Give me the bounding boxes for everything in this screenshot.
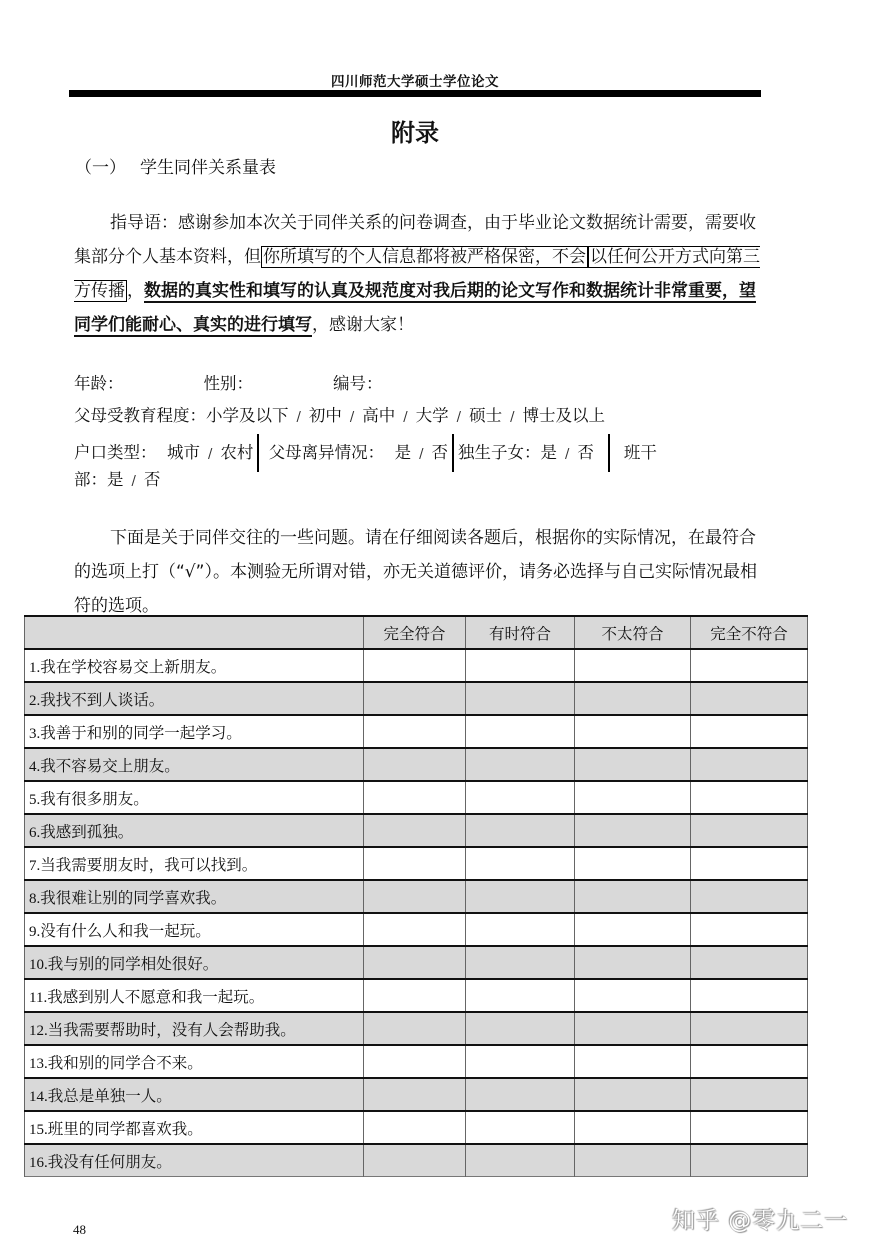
answer-cell-sometimes-agree[interactable] — [466, 847, 575, 880]
question-number: 6. — [29, 825, 40, 841]
answer-cell-fully-agree[interactable] — [364, 946, 466, 979]
only-child-label: 独生子女： — [458, 443, 541, 462]
edu-option[interactable]: 大学 — [416, 406, 449, 425]
question-cell: 9.没有什么人和我一起玩。 — [25, 913, 364, 946]
answer-cell-sometimes-agree[interactable] — [466, 1012, 575, 1045]
field-divider — [257, 434, 259, 472]
answer-cell-rarely-agree[interactable] — [575, 880, 691, 913]
question-number: 8. — [29, 891, 40, 907]
answer-cell-sometimes-agree[interactable] — [466, 946, 575, 979]
question-text: 我感到孤独。 — [40, 823, 133, 841]
question-cell: 10.我与别的同学相处很好。 — [25, 946, 364, 979]
instructions-paragraph: 下面是关于同伴交往的一些问题。请在仔细阅读各题后，根据你的实际情况，在最符合的选… — [74, 521, 764, 623]
table-row: 8.我很难让别的同学喜欢我。 — [25, 880, 808, 913]
answer-cell-fully-agree[interactable] — [364, 979, 466, 1012]
answer-cell-fully-agree[interactable] — [364, 715, 466, 748]
hukou-option[interactable]: 城市 — [167, 443, 200, 462]
question-text: 当我需要朋友时，我可以找到。 — [40, 856, 257, 874]
section-title: 学生同伴关系量表 — [140, 158, 276, 178]
answer-cell-sometimes-agree[interactable] — [466, 748, 575, 781]
question-text: 没有什么人和我一起玩。 — [40, 922, 211, 940]
answer-cell-rarely-agree[interactable] — [575, 748, 691, 781]
question-cell: 12.当我需要帮助时，没有人会帮助我。 — [25, 1012, 364, 1045]
answer-cell-fully-agree[interactable] — [364, 1144, 466, 1177]
column-header-not-agree: 完全不符合 — [691, 616, 808, 649]
question-number: 1. — [29, 660, 40, 676]
table-row: 12.当我需要帮助时，没有人会帮助我。 — [25, 1012, 808, 1045]
age-label: 年龄： — [74, 374, 124, 393]
hukou-option[interactable]: 农村 — [220, 443, 253, 462]
answer-cell-rarely-agree[interactable] — [575, 649, 691, 682]
answer-cell-fully-agree[interactable] — [364, 913, 466, 946]
edu-option[interactable]: 硕士 — [469, 406, 502, 425]
answer-cell-sometimes-agree[interactable] — [466, 979, 575, 1012]
answer-cell-not-agree[interactable] — [691, 1078, 808, 1111]
question-cell: 1.我在学校容易交上新朋友。 — [25, 649, 364, 682]
question-number: 9. — [29, 924, 40, 940]
cadre-label-cont: 部： — [74, 470, 107, 489]
page-title: 附录 — [0, 113, 830, 148]
importance-underlined: 数据的真实性和填写的认真及规范度对我后期的论文写作和数据统计非常重要，望同学们能… — [74, 281, 756, 335]
answer-cell-rarely-agree[interactable] — [575, 682, 691, 715]
question-cell: 6.我感到孤独。 — [25, 814, 364, 847]
answer-cell-fully-agree[interactable] — [364, 649, 466, 682]
answer-cell-rarely-agree[interactable] — [575, 1012, 691, 1045]
question-number: 10. — [29, 957, 48, 973]
section-number: （一） — [75, 158, 126, 178]
education-line: 父母受教育程度：小学及以下/初中/高中/大学/硕士/博士及以上 — [74, 401, 605, 431]
question-text: 我很难让别的同学喜欢我。 — [40, 889, 226, 907]
answer-cell-rarely-agree[interactable] — [575, 946, 691, 979]
column-header-fully-agree: 完全符合 — [364, 616, 466, 649]
table-row: 4.我不容易交上朋友。 — [25, 748, 808, 781]
answer-cell-not-agree[interactable] — [691, 1012, 808, 1045]
peer-relationship-scale-table: 完全符合 有时符合 不太符合 完全不符合 1.我在学校容易交上新朋友。2.我找不… — [24, 615, 808, 1177]
table-row: 13.我和别的同学合不来。 — [25, 1045, 808, 1078]
table-row: 16.我没有任何朋友。 — [25, 1144, 808, 1177]
question-number: 7. — [29, 858, 40, 874]
table-header-row: 完全符合 有时符合 不太符合 完全不符合 — [25, 616, 808, 649]
answer-cell-sometimes-agree[interactable] — [466, 814, 575, 847]
field-divider — [452, 434, 454, 472]
intro-paragraph: 指导语：感谢参加本次关于同伴关系的问卷调查，由于毕业论文数据统计需要，需要收集部… — [74, 206, 764, 342]
question-number: 12. — [29, 1023, 48, 1039]
answer-cell-rarely-agree[interactable] — [575, 781, 691, 814]
answer-cell-not-agree[interactable] — [691, 979, 808, 1012]
table-row: 9.没有什么人和我一起玩。 — [25, 913, 808, 946]
answer-cell-not-agree[interactable] — [691, 1045, 808, 1078]
question-cell: 14.我总是单独一人。 — [25, 1078, 364, 1111]
question-text: 当我需要帮助时，没有人会帮助我。 — [48, 1021, 296, 1039]
cadre-option[interactable]: 否 — [144, 470, 161, 489]
answer-cell-not-agree[interactable] — [691, 682, 808, 715]
table-row: 6.我感到孤独。 — [25, 814, 808, 847]
answer-cell-sometimes-agree[interactable] — [466, 649, 575, 682]
question-text: 我总是单独一人。 — [48, 1087, 172, 1105]
table-row: 5.我有很多朋友。 — [25, 781, 808, 814]
question-text: 我找不到人谈话。 — [40, 691, 164, 709]
cadre-label: 班干 — [624, 443, 657, 462]
confidentiality-box-1: 你所填写的个人信息都将被严格保密，不会 — [261, 246, 588, 268]
answer-cell-fully-agree[interactable] — [364, 1111, 466, 1144]
answer-cell-sometimes-agree[interactable] — [466, 1078, 575, 1111]
question-number: 5. — [29, 792, 40, 808]
answer-cell-not-agree[interactable] — [691, 649, 808, 682]
question-cell: 11.我感到别人不愿意和我一起玩。 — [25, 979, 364, 1012]
answer-cell-sometimes-agree[interactable] — [466, 1045, 575, 1078]
answer-cell-fully-agree[interactable] — [364, 1045, 466, 1078]
answer-cell-not-agree[interactable] — [691, 1144, 808, 1177]
answer-cell-fully-agree[interactable] — [364, 814, 466, 847]
question-number: 15. — [29, 1122, 48, 1138]
answer-cell-rarely-agree[interactable] — [575, 1144, 691, 1177]
answer-cell-sometimes-agree[interactable] — [466, 682, 575, 715]
answer-cell-not-agree[interactable] — [691, 847, 808, 880]
table-row: 1.我在学校容易交上新朋友。 — [25, 649, 808, 682]
answer-cell-fully-agree[interactable] — [364, 847, 466, 880]
watermark: 知乎 @零九二一 — [672, 1202, 848, 1235]
cadre-option[interactable]: 是 — [107, 470, 124, 489]
question-cell: 4.我不容易交上朋友。 — [25, 748, 364, 781]
running-header: 四川师范大学硕士学位论文 — [0, 70, 830, 90]
gender-label: 性别： — [204, 374, 254, 393]
question-cell: 16.我没有任何朋友。 — [25, 1144, 364, 1177]
answer-cell-not-agree[interactable] — [691, 715, 808, 748]
answer-cell-fully-agree[interactable] — [364, 748, 466, 781]
page-number: 48 — [73, 1222, 86, 1238]
answer-cell-sometimes-agree[interactable] — [466, 715, 575, 748]
hukou-label: 户口类型： — [74, 443, 157, 462]
comma: ， — [127, 281, 144, 301]
id-label: 编号： — [333, 374, 383, 393]
question-cell: 7.当我需要朋友时，我可以找到。 — [25, 847, 364, 880]
column-header-sometimes-agree: 有时符合 — [466, 616, 575, 649]
answer-cell-rarely-agree[interactable] — [575, 1078, 691, 1111]
answer-cell-rarely-agree[interactable] — [575, 814, 691, 847]
answer-cell-sometimes-agree[interactable] — [466, 781, 575, 814]
cadre-line: 部：是/否 — [74, 465, 160, 495]
edu-option[interactable]: 初中 — [309, 406, 342, 425]
table-row: 11.我感到别人不愿意和我一起玩。 — [25, 979, 808, 1012]
question-number: 2. — [29, 693, 40, 709]
answer-cell-not-agree[interactable] — [691, 913, 808, 946]
edu-option[interactable]: 小学及以下 — [206, 406, 289, 425]
edu-option[interactable]: 博士及以上 — [522, 406, 605, 425]
table-row: 14.我总是单独一人。 — [25, 1078, 808, 1111]
question-cell: 15.班里的同学都喜欢我。 — [25, 1111, 364, 1144]
question-cell: 8.我很难让别的同学喜欢我。 — [25, 880, 364, 913]
intro-closing: ，感谢大家！ — [312, 315, 414, 335]
answer-cell-rarely-agree[interactable] — [575, 715, 691, 748]
only-child-option[interactable]: 是 — [541, 443, 558, 462]
question-number: 13. — [29, 1056, 48, 1072]
question-number: 16. — [29, 1155, 48, 1171]
divorce-option[interactable]: 否 — [432, 443, 449, 462]
answer-cell-not-agree[interactable] — [691, 814, 808, 847]
question-number: 14. — [29, 1089, 48, 1105]
answer-cell-fully-agree[interactable] — [364, 880, 466, 913]
table-row: 3.我善于和别的同学一起学习。 — [25, 715, 808, 748]
answer-cell-fully-agree[interactable] — [364, 1078, 466, 1111]
question-cell: 3.我善于和别的同学一起学习。 — [25, 715, 364, 748]
table-row: 10.我与别的同学相处很好。 — [25, 946, 808, 979]
section-heading: （一）学生同伴关系量表 — [75, 153, 276, 178]
education-label: 父母受教育程度： — [74, 406, 206, 425]
answer-cell-rarely-agree[interactable] — [575, 913, 691, 946]
question-cell: 5.我有很多朋友。 — [25, 781, 364, 814]
answer-cell-fully-agree[interactable] — [364, 781, 466, 814]
answer-cell-sometimes-agree[interactable] — [466, 1144, 575, 1177]
column-header-item — [25, 616, 364, 649]
field-divider — [608, 434, 610, 472]
household-line: 户口类型： 城市/农村 父母离异情况： 是/否独生子女：是/否班干 — [74, 434, 657, 464]
answer-cell-rarely-agree[interactable] — [575, 847, 691, 880]
question-number: 3. — [29, 726, 40, 742]
answer-cell-not-agree[interactable] — [691, 1111, 808, 1144]
question-text: 我感到别人不愿意和我一起玩。 — [47, 988, 264, 1006]
table-row: 2.我找不到人谈话。 — [25, 682, 808, 715]
answer-cell-not-agree[interactable] — [691, 880, 808, 913]
question-text: 我与别的同学相处很好。 — [48, 955, 219, 973]
question-text: 我不容易交上朋友。 — [40, 757, 180, 775]
answer-cell-rarely-agree[interactable] — [575, 1111, 691, 1144]
divorce-label: 父母离异情况： — [269, 443, 385, 462]
header-rule — [69, 90, 761, 97]
answer-cell-not-agree[interactable] — [691, 946, 808, 979]
question-text: 我善于和别的同学一起学习。 — [40, 724, 242, 742]
question-number: 11. — [29, 990, 47, 1006]
question-text: 班里的同学都喜欢我。 — [48, 1120, 203, 1138]
question-number: 4. — [29, 759, 40, 775]
question-text: 我和别的同学合不来。 — [48, 1054, 203, 1072]
answer-cell-fully-agree[interactable] — [364, 1012, 466, 1045]
answer-cell-rarely-agree[interactable] — [575, 1045, 691, 1078]
divorce-option[interactable]: 是 — [395, 443, 412, 462]
answer-cell-sometimes-agree[interactable] — [466, 880, 575, 913]
basic-info-line: 年龄：性别：编号： — [74, 369, 383, 399]
table-row: 7.当我需要朋友时，我可以找到。 — [25, 847, 808, 880]
only-child-option[interactable]: 否 — [577, 443, 594, 462]
question-text: 我有很多朋友。 — [40, 790, 149, 808]
answer-cell-sometimes-agree[interactable] — [466, 913, 575, 946]
answer-cell-sometimes-agree[interactable] — [466, 1111, 575, 1144]
question-cell: 13.我和别的同学合不来。 — [25, 1045, 364, 1078]
answer-cell-fully-agree[interactable] — [364, 682, 466, 715]
answer-cell-rarely-agree[interactable] — [575, 979, 691, 1012]
column-header-rarely-agree: 不太符合 — [575, 616, 691, 649]
answer-cell-not-agree[interactable] — [691, 781, 808, 814]
table-row: 15.班里的同学都喜欢我。 — [25, 1111, 808, 1144]
question-cell: 2.我找不到人谈话。 — [25, 682, 364, 715]
edu-option[interactable]: 高中 — [362, 406, 395, 425]
question-text: 我没有任何朋友。 — [48, 1153, 172, 1171]
question-text: 我在学校容易交上新朋友。 — [40, 658, 226, 676]
answer-cell-not-agree[interactable] — [691, 748, 808, 781]
instructions-text: 下面是关于同伴交往的一些问题。请在仔细阅读各题后，根据你的实际情况，在最符合的选… — [74, 528, 757, 616]
